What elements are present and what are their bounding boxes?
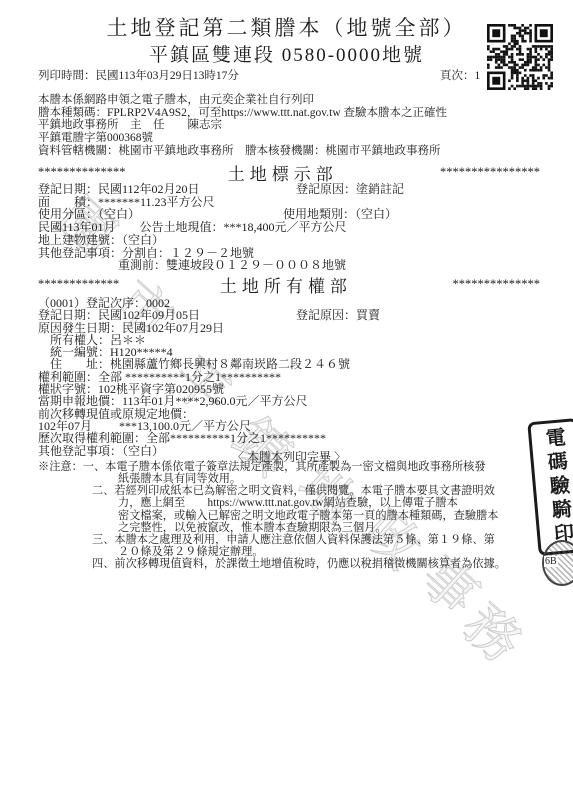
notice-line: 二、若經列印成紙本已為解密之明文資料，僅供閱覽。本電子謄本要具文書證明效 — [38, 485, 553, 497]
note-1-line-1: 一、本電子謄本係依電子簽章法規定產製，其所產製為一密文檔與地政事務所核發 — [83, 461, 486, 473]
note-4-line-1: 四、前次移轉現值資料，於課徵土地增值稅時，仍應以稅捐稽徵機關核算者為依據。 — [92, 558, 506, 570]
preamble-line: 平鎮電謄字第000368號 — [38, 132, 548, 145]
page-number: 頁次：1 — [440, 67, 480, 83]
note-1-line-2: 紙張謄本具有同等效用。 — [118, 473, 241, 485]
notice-line: ２０條及第２９條規定辦理。 — [38, 546, 553, 558]
notice-line: 力，應上網至 https://www.ttt.nat.gov.tw網站查驗，以上… — [38, 497, 553, 509]
notice-line: 紙張謄本具有同等效用。 — [38, 473, 553, 485]
land-other-item-cont: 重測前：雙連坡段０１２９－０００８地號 — [118, 258, 346, 272]
separator-stars: ************** — [38, 165, 126, 180]
ownership-section-body: （0001）登記次序：0002 登記日期：民國102年09月05日 登記原因：買… — [38, 297, 558, 457]
separator-stars: **************** — [440, 165, 540, 180]
field-row: 重測前：雙連坡段０１２９－０００８地號 — [38, 259, 558, 272]
note-2-line-4: 之完整性，以免被竄改，惟本謄本查驗期限為三個月。 — [118, 522, 387, 534]
preamble-line: 平鎮地政事務所 主 任 陳志宗 — [38, 119, 548, 132]
qr-code-icon — [487, 24, 553, 90]
notice-line: 密文檔案，或輸入已解密之明文地政電子謄本第一頁的謄本種類碼，查驗謄本 — [38, 510, 553, 522]
land-transcript-document: 園市平鎮地政事務 土地登記第二類謄本（地號全部） 平鎮區雙連段 0580-000… — [0, 0, 573, 810]
preamble-line: 資料管轄機關：桃園市平鎮地政事務所 謄本核發機關：桃園市平鎮地政事務所 — [38, 145, 548, 158]
separator-stars: ************** — [453, 277, 541, 292]
preamble-line: 謄本種類碼：FPLRP2V4A9S2，可至https://www.ttt.nat… — [38, 107, 548, 120]
notice-line: 三、本謄本之處理及利用，申請人應注意依個人資料保護法第５條、第１９條、第 — [38, 534, 553, 546]
land-reg-reason: 登記原因：塗銷註記 — [296, 183, 404, 196]
note-2-line-3: 密文檔案，或輸入已解密之明文地政電子謄本第一頁的謄本種類碼，查驗謄本 — [118, 510, 498, 522]
note-3-line-2: ２０條及第２９條規定辦理。 — [118, 546, 263, 558]
note-2-line-1: 二、若經列印成紙本已為解密之明文資料，僅供閱覽。本電子謄本要具文書證明效 — [92, 485, 495, 497]
watermark-character: 務 — [449, 584, 541, 677]
own-reg-reason: 登記原因：買賣 — [296, 309, 380, 321]
page-seal: 6B — [542, 540, 573, 586]
print-time: 列印時間：民國113年03月29日13時17分 — [38, 67, 239, 83]
ownership-section-header: ************* 土地所有權部 ************** — [38, 272, 540, 297]
preamble-line: 本謄本係網路申領之電子謄本，由元奕企業社自行列印 — [38, 94, 548, 107]
page-seal-label: 6B — [544, 556, 558, 567]
notice-label: ※注意： — [38, 461, 83, 473]
note-3-line-1: 三、本謄本之處理及利用，申請人應注意依個人資料保護法第５條、第１９條、第 — [92, 534, 495, 546]
ownership-section-title: 土地所有權部 — [220, 272, 352, 297]
separator-stars: ************* — [38, 277, 119, 292]
notice-line: 四、前次移轉現值資料，於課徵土地增值稅時，仍應以稅捐稽徵機關核算者為依據。 — [38, 558, 553, 570]
note-2-line-2: 力，應上網至 https://www.ttt.nat.gov.tw網站查驗，以上… — [118, 497, 458, 509]
land-section-body: 登記日期：民國112年02月20日 登記原因：塗銷註記 面 積：*******1… — [38, 183, 558, 272]
preamble: 本謄本係網路申領之電子謄本，由元奕企業社自行列印 謄本種類碼：FPLRP2V4A… — [38, 94, 548, 158]
notice-line: ※注意：一、本電子謄本係依電子簽章法規定產製，其所產製為一密文檔與地政事務所核發 — [38, 461, 553, 473]
notice-block: ※注意：一、本電子謄本係依電子簽章法規定產製，其所產製為一密文檔與地政事務所核發… — [38, 461, 553, 570]
notice-line: 之完整性，以免被竄改，惟本謄本查驗期限為三個月。 — [38, 522, 553, 534]
